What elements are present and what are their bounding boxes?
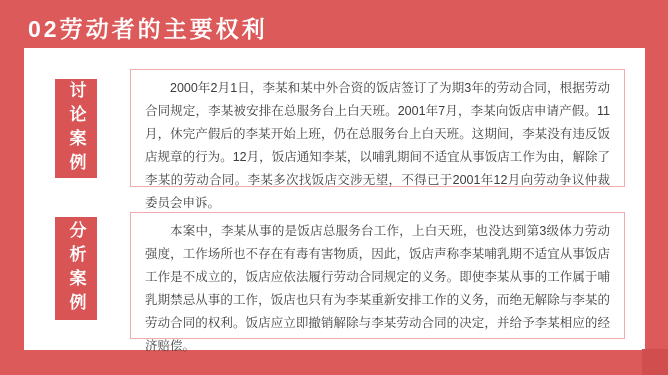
analysis-case-box: 本案中，李某从事的是饭店总服务台工作，上白天班，也没达到第3级体力劳动强度，工作… [130, 212, 625, 339]
slide-title: 02劳动者的主要权利 [28, 11, 268, 44]
analysis-case-text: 本案中，李某从事的是饭店总服务台工作，上白天班，也没达到第3级体力劳动强度，工作… [145, 220, 610, 358]
corner-accent-square [642, 349, 668, 375]
discussion-case-tab: 讨论案例 [55, 79, 97, 178]
discussion-case-box: 2000年2月1日，李某和某中外合资的饭店签订了为期3年的劳动合同，根据劳动合同… [130, 69, 625, 187]
analysis-case-tab: 分析案例 [55, 217, 97, 320]
discussion-case-text: 2000年2月1日，李某和某中外合资的饭店签订了为期3年的劳动合同，根据劳动合同… [145, 77, 610, 215]
